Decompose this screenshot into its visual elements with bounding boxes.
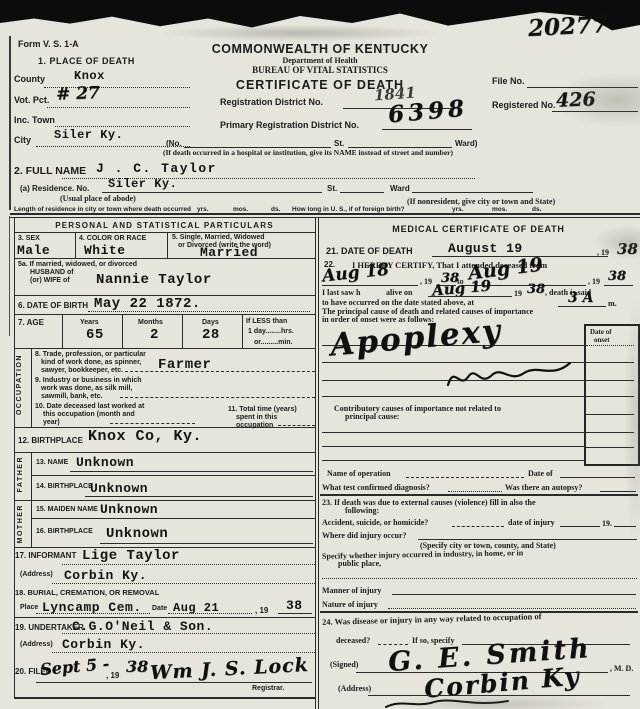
sex-label: 3. SEX [18, 235, 40, 243]
rule-line [412, 192, 533, 193]
spouse-label: 5a. If married, widowed, or divorced [18, 261, 137, 269]
burial-year-value: 38 [286, 598, 303, 613]
rule-line [31, 475, 315, 476]
st-label: St. [334, 139, 344, 148]
industry-label: sawmill, bank, etc. [41, 393, 102, 401]
registrar-label: Registrar. [252, 685, 284, 693]
rule-line [62, 564, 315, 565]
dod-year-prefix: , 19 [597, 248, 609, 257]
rule-line [418, 539, 637, 540]
rule-line [14, 697, 315, 699]
undertaker-value: C.G.O'Neil & Son. [72, 619, 213, 634]
residence-value: Siler Ky. [108, 177, 177, 191]
place-of-death-title: 1. PLACE OF DEATH [38, 56, 135, 66]
specify-whether-text: public place, [338, 559, 381, 568]
race-label: 4. COLOR OR RACE [79, 235, 146, 243]
dod-year-value: 38 [617, 240, 638, 258]
rule-line [52, 583, 315, 584]
burial-year-prefix: , 19 [255, 606, 268, 615]
cell-divider [122, 314, 123, 348]
rule-line [14, 617, 315, 618]
rule-line [88, 311, 310, 312]
total-time-label: 11. Total time (years) [228, 406, 297, 414]
full-name-label: 2. FULL NAME [14, 165, 86, 177]
last-saw-year: 38 [527, 282, 545, 297]
signed-label: (Signed) [330, 660, 358, 669]
last-worked-label: 10. Date deceased last worked at [35, 403, 144, 411]
date-of-death-value: August 19 [448, 241, 523, 256]
last-saw-text: alive on [386, 288, 412, 297]
burial-label: 18. BURIAL, CREMATION, OR REMOVAL [15, 589, 159, 598]
reg-district-label: Registration District No. [220, 97, 323, 107]
autopsy-label: Was there an autopsy? [505, 483, 582, 492]
trade-label: sawyer, bookkeeper, etc. [41, 367, 123, 375]
industry-label: work was done, as silk mill, [41, 385, 132, 393]
abode-note: (Usual place of abode) [60, 194, 136, 203]
rule-line [31, 518, 315, 519]
rule-line [52, 652, 315, 653]
last-saw-text: I last saw h [322, 288, 360, 297]
cell-divider [31, 348, 32, 427]
age-months-header: Months [138, 319, 163, 327]
rule-line [340, 192, 384, 193]
rule-line [14, 500, 315, 501]
last-worked-label: this occupation (month and [43, 411, 135, 419]
rule-line [14, 258, 315, 259]
commonwealth-title: COMMONWEALTH OF KENTUCKY [170, 42, 470, 56]
no-label: (No. [166, 139, 182, 148]
rule-line [70, 471, 313, 472]
dept-subtitle: Department of Health [170, 56, 470, 65]
spouse-label: HUSBAND of [30, 269, 74, 277]
dob-label: 6. DATE OF BIRTH [18, 301, 88, 310]
rule-line [586, 345, 634, 346]
signature-flourish [382, 698, 512, 709]
cell-divider [75, 232, 76, 258]
rule-line [278, 613, 312, 614]
trade-label: 8. Trade, profession, or particular [35, 351, 146, 359]
form-code: Form V. S. 1-A [18, 39, 79, 49]
where-injury-label: Where did injury occur? [322, 531, 407, 540]
dob-value: May 22 1872. [94, 296, 201, 312]
informant-address-label: (Address) [20, 571, 53, 579]
rule-line [14, 314, 315, 315]
rule-line [382, 129, 472, 130]
medical-section-title: MEDICAL CERTIFICATE OF DEATH [320, 224, 637, 234]
rule-line [452, 526, 504, 527]
burial-date-label: Date [152, 605, 167, 613]
deceased-label: deceased? [336, 636, 370, 645]
rule-line [388, 608, 636, 609]
city-label: City [14, 135, 31, 145]
rule-line [10, 213, 640, 215]
rule-line [406, 477, 524, 478]
occurred-text: to have occurred on the date stated abov… [322, 298, 474, 307]
onset-box-header: Date of [590, 328, 612, 336]
rule-line [168, 613, 252, 614]
death-certificate-scan: 20277 Form V. S. 1-A COMMONWEALTH OF KEN… [0, 0, 640, 709]
rule-line [558, 306, 606, 307]
filed-date-value: Sept 5 - [39, 654, 110, 679]
birthplace-value: Knox Co, Ky. [88, 428, 202, 445]
nature-of-injury-label: Nature of injury [322, 600, 378, 609]
illegible-scribble [440, 355, 580, 393]
year-prefix: , 19 [588, 277, 600, 286]
rule-line [586, 447, 634, 448]
father-birthplace-label: 14. BIRTHPLACE [36, 483, 93, 491]
certificate-title: CERTIFICATE OF DEATH [170, 78, 470, 92]
rule-line [586, 414, 634, 415]
filed-year-value: 38 [126, 657, 148, 676]
rule-line [586, 432, 634, 433]
occupation-side-label: OCCUPATION [16, 354, 23, 415]
rule-line [62, 633, 315, 634]
mother-maiden-value: Unknown [100, 502, 158, 517]
rule-line [368, 695, 630, 696]
mother-birthplace-value: Unknown [106, 526, 168, 542]
rule-line [428, 296, 512, 297]
manner-of-injury-label: Manner of injury [322, 586, 381, 595]
hospital-note: (If death occurred in a hospital or inst… [163, 149, 453, 158]
rule-line [448, 491, 502, 492]
undertaker-address-value: Corbin Ky. [62, 637, 145, 652]
rule-line [560, 526, 600, 527]
operation-label: Name of operation [327, 469, 391, 478]
cell-divider [31, 500, 32, 548]
city-value: Siler Ky. [54, 128, 123, 142]
rule-line [85, 496, 313, 497]
rule-line [322, 578, 637, 579]
mother-maiden-label: 15. MAIDEN NAME [36, 506, 98, 514]
rule-line [36, 613, 150, 614]
rule-line [110, 423, 195, 424]
onset-box-header: onset [594, 336, 610, 344]
age-label: 7. AGE [18, 318, 44, 327]
industry-label: 9. Industry or business in which [35, 377, 142, 385]
stamp-number: 20277 [527, 11, 608, 42]
mother-birthplace-label: 16. BIRTHPLACE [36, 528, 93, 536]
spouse-label: (or) WIFE of [30, 277, 70, 285]
rule-line [322, 432, 584, 433]
rule-line [278, 425, 315, 426]
father-side-label: FATHER [17, 456, 24, 492]
contributory-text: principal cause: [345, 412, 399, 421]
race-value: White [84, 243, 126, 258]
rule-line [100, 543, 313, 544]
cell-divider [242, 314, 243, 348]
age-less-note: 1 day........hrs. [248, 328, 294, 336]
rule-line [586, 380, 634, 381]
residence-st-label: St. [327, 184, 337, 193]
age-days-value: 28 [202, 327, 220, 343]
ward-label: Ward) [455, 139, 477, 148]
cell-divider [182, 314, 183, 348]
burial-place-label: Place [20, 604, 38, 612]
date-of-death-label: 21. DATE OF DEATH [326, 246, 413, 256]
vot-pct-label: Vot. Pct. [14, 95, 49, 105]
rule-line [560, 477, 635, 478]
spouse-value: Nannie Taylor [96, 272, 212, 288]
full-name-value: J . C. Taylor [96, 161, 217, 176]
county-value: Knox [74, 69, 105, 83]
rule-line [552, 111, 638, 112]
last-worked-label: year) [43, 419, 60, 427]
rule-line [392, 594, 636, 595]
date-of-injury-label: date of injury [508, 518, 555, 527]
age-years-value: 65 [86, 327, 104, 343]
rule-line [586, 396, 634, 397]
cell-divider [31, 452, 32, 500]
rule-line [14, 348, 315, 349]
test-confirmed-label: What test confirmed diagnosis? [322, 483, 430, 492]
rule-line [600, 491, 636, 492]
trade-label: kind of work done, as spinner, [41, 359, 141, 367]
age-years-header: Years [80, 319, 99, 327]
accident-label: Accident, suicide, or homicide? [322, 518, 428, 527]
vot-pct-value: # 27 [56, 83, 100, 105]
rule-line [55, 126, 190, 127]
age-less-note: or.........min. [254, 339, 293, 347]
registered-no-value: 426 [556, 88, 596, 111]
occupation-question-text: 24. Was disease or injury in any way rel… [322, 612, 542, 628]
informant-address-value: Corbin Ky. [64, 568, 147, 583]
rule-line [102, 192, 322, 193]
injury-19-label: 19. [602, 519, 612, 528]
informant-value: Lige Taylor [82, 548, 180, 564]
rule-line [614, 526, 636, 527]
rule-line [322, 460, 584, 461]
sex-value: Male [17, 243, 50, 258]
rule-line [47, 107, 190, 108]
rule-line [322, 396, 584, 397]
m-suffix: m. [608, 299, 617, 308]
filed-year-prefix: , 19 [106, 671, 119, 680]
rule-line [125, 371, 315, 372]
rule-line [586, 362, 634, 363]
binding-edge [9, 36, 11, 210]
column-divider [315, 217, 316, 709]
personal-section-title: PERSONAL AND STATISTICAL PARTICULARS [14, 221, 315, 230]
rule-line [604, 285, 633, 286]
informant-label: 17. INFORMANT [15, 551, 76, 560]
primary-reg-label: Primary Registration District No. [220, 120, 359, 130]
rule-line [378, 644, 408, 645]
rule-line [36, 682, 312, 683]
rule-line [14, 452, 315, 453]
age-days-header: Days [202, 319, 219, 327]
rule-line [10, 217, 640, 218]
inc-town-label: Inc. Town [14, 115, 55, 125]
column-divider [318, 217, 319, 709]
nonresident-note: (If nonresident, give city or town and S… [407, 197, 555, 206]
county-label: County [14, 74, 45, 84]
hour-of-death-value: 3 A [568, 290, 593, 306]
birthplace-label: 12. BIRTHPLACE [18, 436, 83, 445]
year-prefix: , 19 [420, 277, 432, 286]
rule-line [322, 446, 584, 447]
cell-divider [62, 314, 63, 348]
mother-side-label: MOTHER [17, 504, 24, 543]
file-no-label: File No. [492, 76, 525, 86]
last-saw-19: 19 [514, 289, 522, 298]
external-causes-text: following: [345, 506, 379, 515]
father-name-label: 13. NAME [36, 459, 68, 467]
total-time-label: spent in this [236, 414, 277, 422]
rule-line [322, 285, 418, 286]
age-less-note: If LESS than [246, 318, 287, 326]
physician-address-label: (Address) [338, 684, 371, 693]
age-months-value: 2 [150, 327, 159, 343]
registered-no-label: Registered No. [492, 100, 556, 110]
residence-ward-label: Ward [390, 184, 410, 193]
registrar-signature: Wm J. S. Lock [150, 654, 310, 684]
date-of-operation-label: Date of [528, 469, 553, 478]
md-suffix: , M. D. [610, 664, 633, 673]
rule-line [14, 232, 315, 233]
rule-line [120, 397, 315, 398]
father-birthplace-value: Unknown [90, 481, 148, 496]
binding-edge [9, 216, 10, 336]
primary-reg-value: 6398 [387, 95, 469, 129]
marital-label: 5. Single, Married, Widowed [172, 234, 265, 242]
bureau-subtitle: BUREAU OF VITAL STATISTICS [170, 65, 470, 75]
rule-line [320, 494, 638, 496]
father-name-value: Unknown [76, 455, 134, 470]
residence-label: (a) Residence. No. [20, 184, 89, 193]
cell-divider [167, 232, 168, 258]
undertaker-address-label: (Address) [20, 641, 53, 649]
attended-to-year: 38 [608, 269, 626, 284]
